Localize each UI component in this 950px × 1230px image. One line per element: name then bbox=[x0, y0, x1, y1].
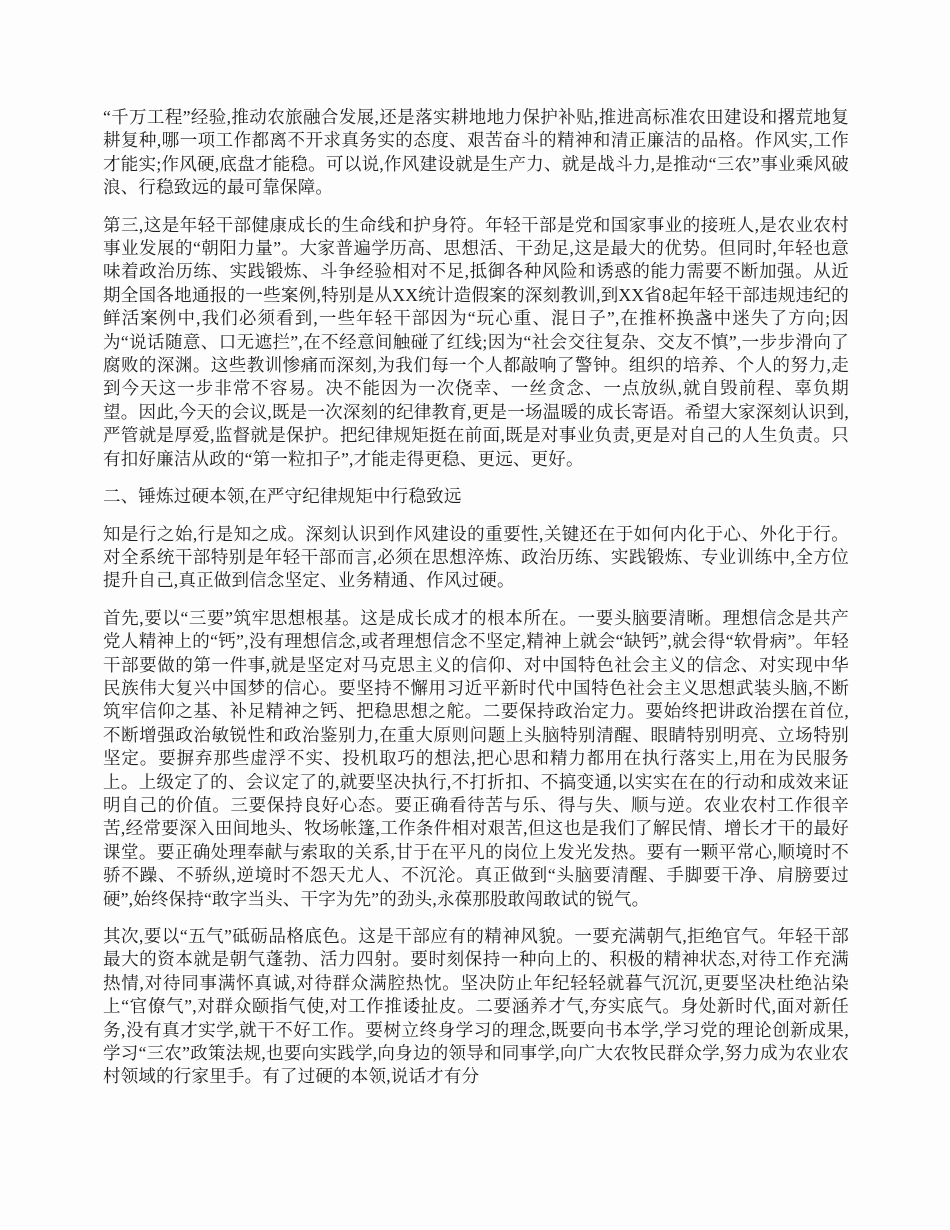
paragraph-second-five-qi: 其次,要以“五气”砥砺品格底色。这是干部应有的精神风貌。一要充满朝气,拒绝官气。… bbox=[103, 925, 849, 1089]
paragraph-knowledge-and-action: 知是行之始,行是知之成。深刻认识到作风建设的重要性,关键还在于如何内化于心、外化… bbox=[103, 523, 849, 593]
paragraph-work-style: “千万工程”经验,推动农旅融合发展,还是落实耕地地力保护补贴,推进高标准农田建设… bbox=[103, 106, 849, 200]
document-content: “千万工程”经验,推动农旅融合发展,还是落实耕地地力保护补贴,推进高标准农田建设… bbox=[103, 106, 849, 1103]
document-page: “千万工程”经验,推动农旅融合发展,还是落实耕地地力保护补贴,推进高标准农田建设… bbox=[0, 0, 950, 1230]
paragraph-third-point-young-cadres: 第三,这是年轻干部健康成长的生命线和护身符。年轻干部是党和国家事业的接班人,是农… bbox=[103, 214, 849, 471]
section-heading-part-two: 二、锤炼过硬本领,在严守纪律规矩中行稳致远 bbox=[103, 485, 849, 508]
paragraph-first-three-musts: 首先,要以“三要”筑牢思想根基。这是成长成才的根本所在。一要头脑要清晰。理想信念… bbox=[103, 607, 849, 911]
